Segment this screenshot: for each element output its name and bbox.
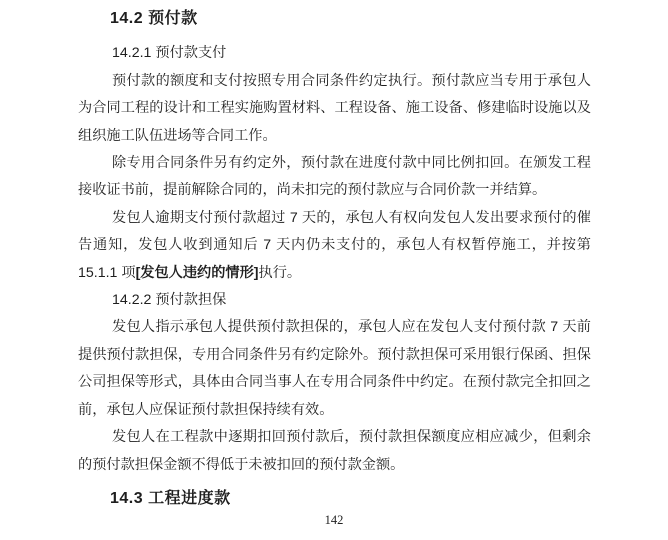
section-heading-14-2: 14.2 预付款 (110, 5, 591, 32)
clause-reference: [发包人违约的情形] (136, 265, 259, 281)
document-page: 14.2 预付款 14.2.1 预付款支付 预付款的额度和支付按照专用合同条件约… (0, 0, 668, 540)
subsection-heading-14-2-1: 14.2.1 预付款支付 (112, 40, 591, 67)
document-body: 14.2 预付款 14.2.1 预付款支付 预付款的额度和支付按照专用合同条件约… (78, 5, 591, 512)
section-heading-14-3: 14.3 工程进度款 (110, 485, 591, 512)
paragraph-prepayment-deduction: 除专用合同条件另有约定外，预付款在进度付款中同比例扣回。在颁发工程接收证书前，提… (78, 150, 591, 205)
subsection-heading-14-2-2: 14.2.2 预付款担保 (112, 287, 591, 314)
paragraph-guarantee-amount: 发包人在工程款中逐期扣回预付款后，预付款担保额度应相应减少，但剩余的预付款担保金… (78, 424, 591, 479)
paragraph-prepayment-terms: 预付款的额度和支付按照专用合同条件约定执行。预付款应当专用于承包人为合同工程的设… (78, 68, 591, 150)
paragraph-overdue-payment: 发包人逾期支付预付款超过 7 天的，承包人有权向发包人发出要求预付的催告通知，发… (78, 205, 591, 287)
page-number: 142 (0, 513, 668, 528)
paragraph-prepayment-guarantee: 发包人指示承包人提供预付款担保的，承包人应在发包人支付预付款 7 天前提供预付款… (78, 314, 591, 424)
paragraph-text: 执行。 (259, 265, 302, 281)
